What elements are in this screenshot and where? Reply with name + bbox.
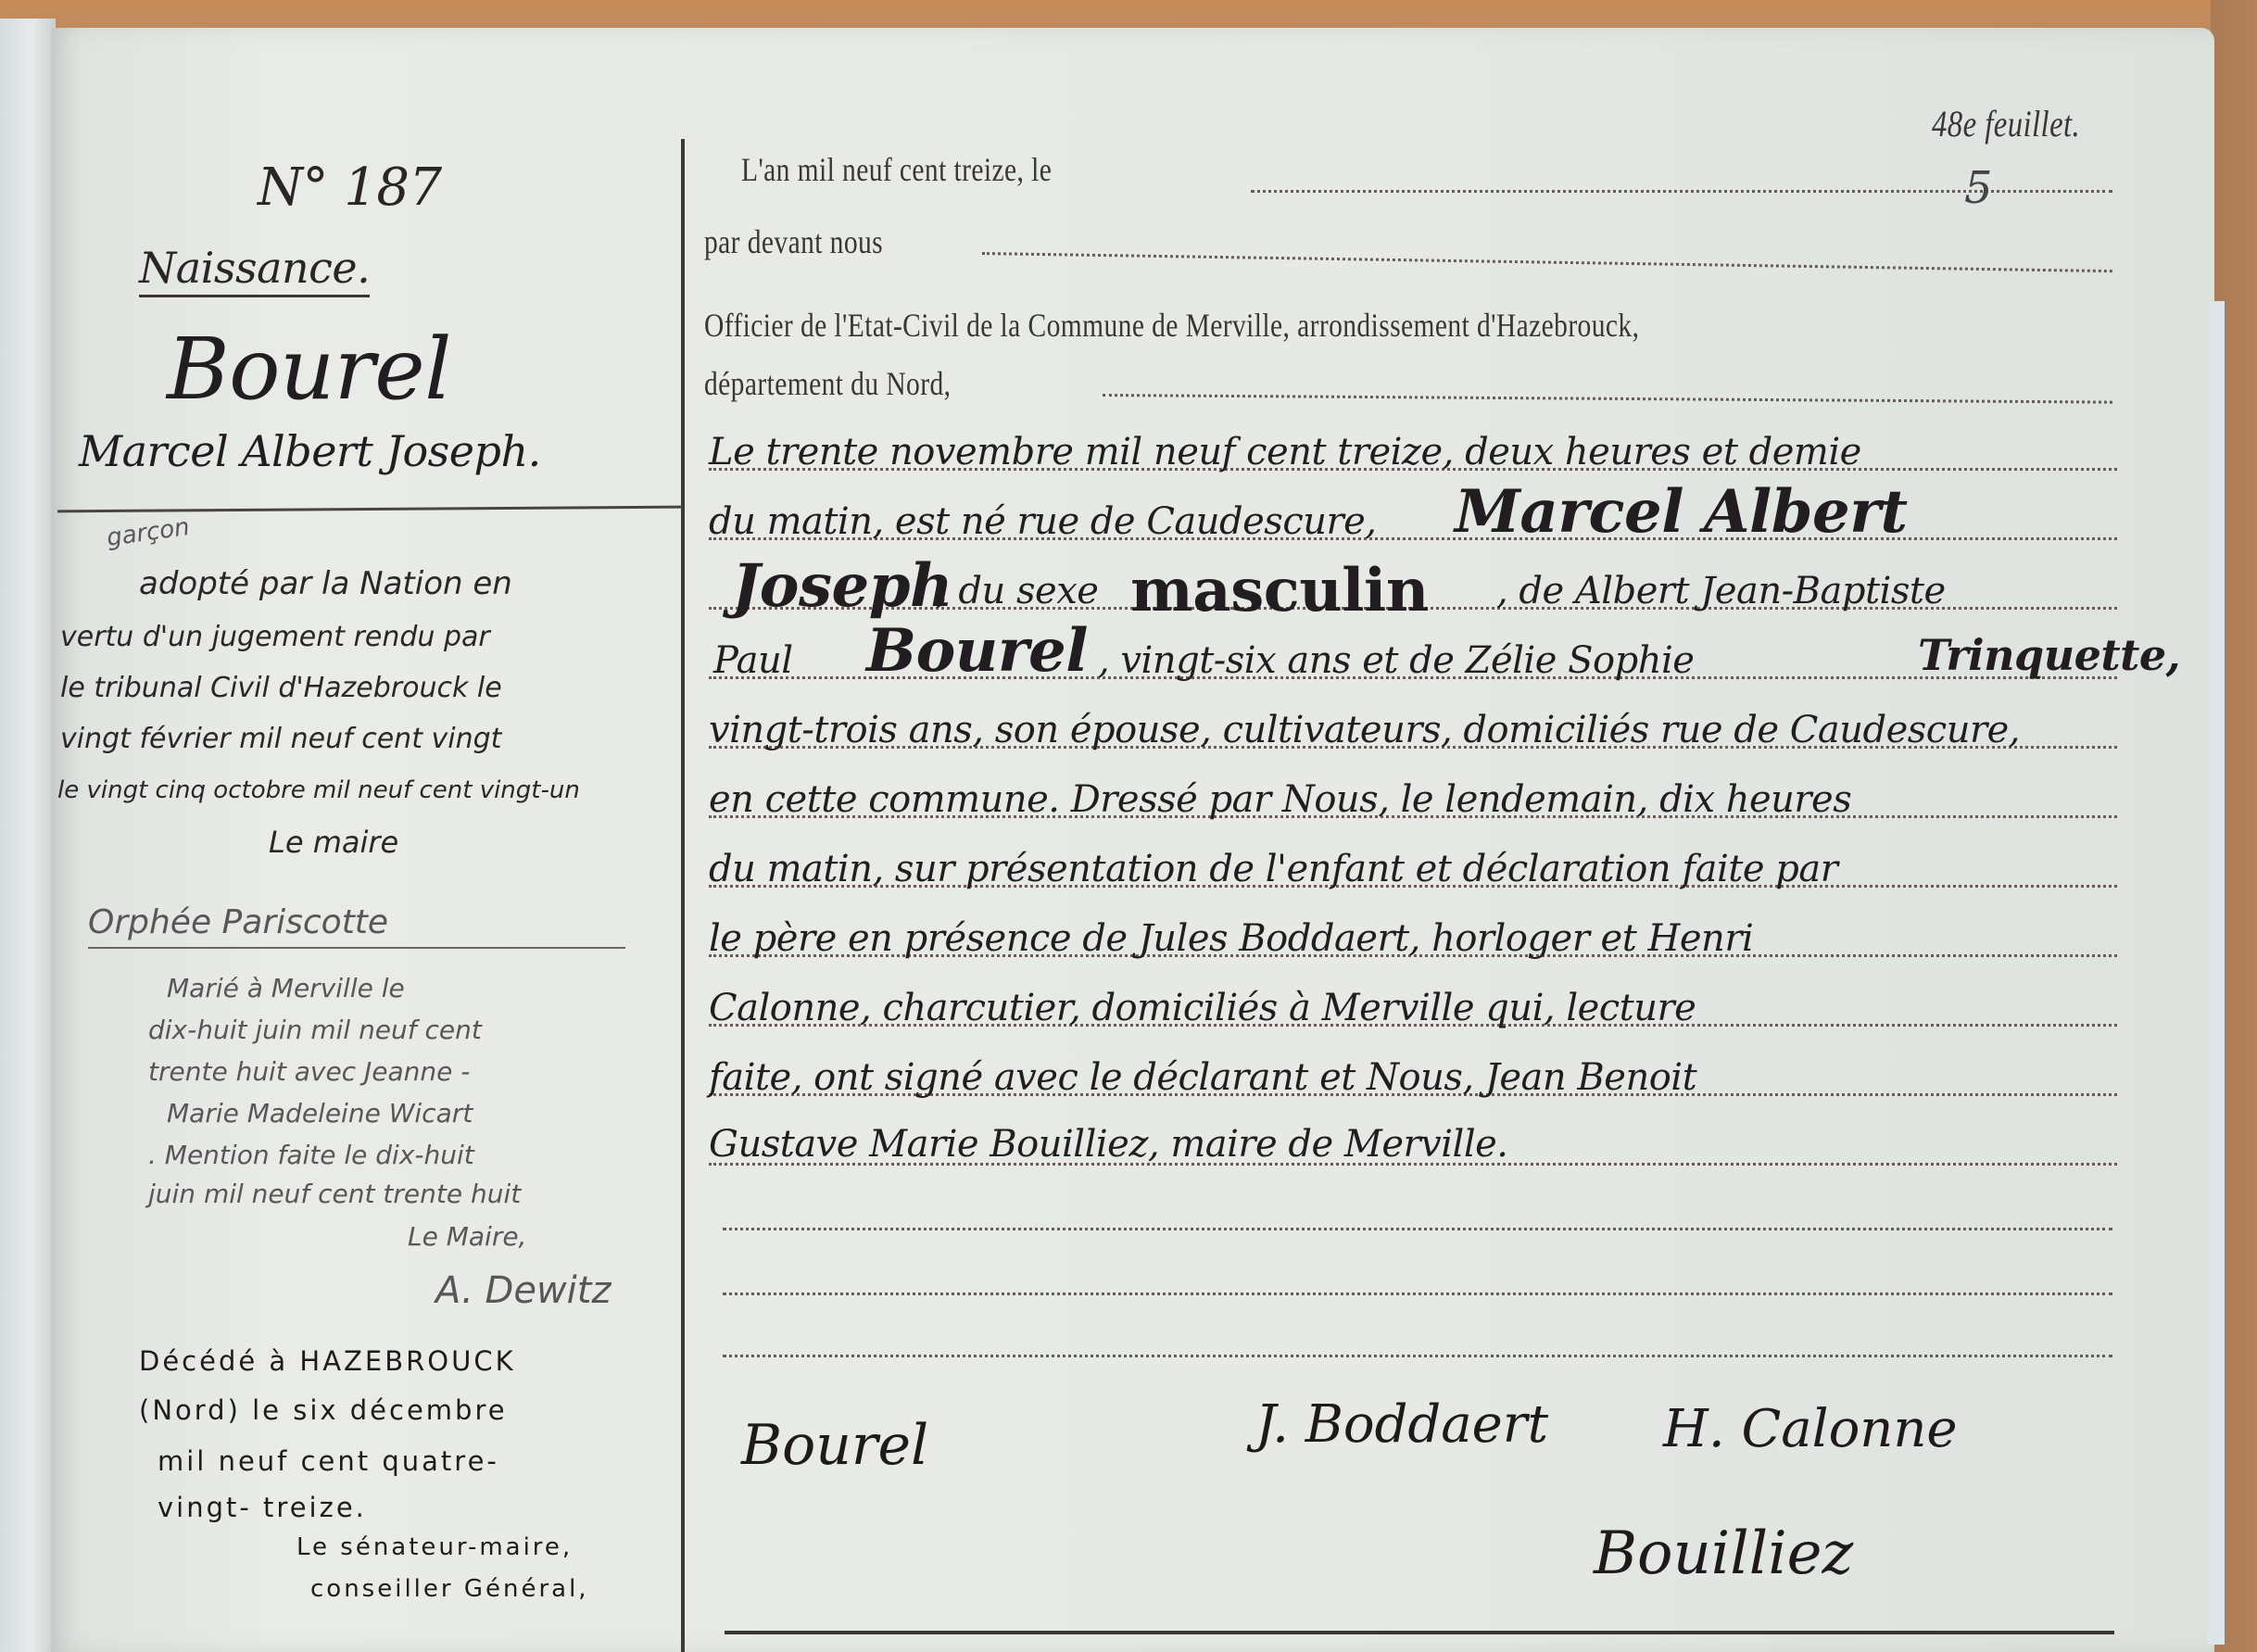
adoption-note-signoff: Le maire: [269, 825, 398, 860]
body-line: le père en présence de Jules Boddaert, h…: [709, 917, 1753, 960]
body-line: Gustave Marie Bouilliez, maire de Mervil…: [709, 1123, 1508, 1166]
body-line: en cette commune. Dressé par Nous, le le…: [709, 778, 1851, 821]
death-note-line: (Nord) le six décembre: [139, 1394, 508, 1426]
body-line: , du sexe: [936, 570, 1098, 612]
form-line-officer: Officier de l'Etat-Civil de la Commune d…: [704, 306, 1639, 345]
child-given-names-cont: Joseph: [732, 551, 952, 621]
ruled-line: [723, 1228, 2112, 1230]
signature-witness-calonne: H. Calonne: [1663, 1399, 1958, 1459]
previous-page-edge: [0, 19, 56, 1652]
signature-witness-boddaert: J. Boddaert: [1255, 1394, 1548, 1455]
body-line: vingt-trois ans, son épouse, cultivateur…: [709, 709, 2020, 751]
marriage-note-signature: A. Dewitz: [435, 1269, 611, 1312]
death-note-line: mil neuf cent quatre-: [158, 1445, 499, 1477]
marriage-note-line: trente huit avec Jeanne -: [148, 1056, 470, 1087]
margin-separator-2: [88, 947, 625, 949]
body-line: Le trente novembre mil neuf cent treize,…: [709, 431, 1861, 473]
death-note-line: Le sénateur-maire,: [296, 1533, 573, 1561]
body-line: Paul: [713, 639, 793, 682]
margin-divider: [681, 139, 685, 1652]
death-note-line: conseiller Général,: [310, 1575, 589, 1603]
adoption-note-line: le vingt cinq octobre mil neuf cent ving…: [57, 776, 580, 804]
body-line: du matin, sur présentation de l'enfant e…: [709, 848, 1837, 890]
father-surname: Bourel: [866, 616, 1088, 686]
form-line-year: L'an mil neuf cent treize, le: [741, 150, 1052, 189]
ruled-line: [723, 1293, 2112, 1295]
sheet-label: 48e feuillet.: [1932, 102, 2080, 145]
body-line: , de Albert Jean-Baptiste: [1496, 570, 1946, 612]
form-line-department: département du Nord,: [704, 364, 951, 403]
loose-sheet-edge: [2208, 301, 2225, 1645]
body-line: Calonne, charcutier, domiciliés à Mervil…: [709, 987, 1696, 1029]
marriage-note-line: Marie Madeleine Wicart: [167, 1098, 473, 1129]
child-sex: masculin: [1130, 556, 1429, 625]
adoption-note-title: adopté par la Nation en: [139, 565, 512, 602]
record-type: Naissance.: [139, 243, 370, 297]
adoption-note-signature: Orphée Pariscotte: [88, 903, 388, 941]
signature-mayor: Bouilliez: [1594, 1520, 1853, 1588]
marriage-note-signoff: Le Maire,: [408, 1221, 526, 1252]
adoption-note-line: vingt février mil neuf cent vingt: [60, 723, 501, 755]
surname-title: Bourel: [167, 320, 451, 419]
death-note-line: vingt- treize.: [158, 1492, 367, 1523]
body-line: du matin, est né rue de Caudescure,: [709, 500, 1377, 543]
signature-declarant: Bourel: [741, 1413, 928, 1478]
mother-surname: Trinquette,: [1918, 630, 2180, 680]
child-given-names: Marcel Albert: [1455, 477, 1908, 547]
body-line: , vingt-six ans et de Zélie Sophie: [1098, 639, 1694, 682]
bottom-rule: [725, 1631, 2114, 1634]
adoption-note-line: le tribunal Civil d'Hazebrouck le: [60, 672, 502, 704]
marriage-note-line: Marié à Merville le: [167, 973, 405, 1003]
death-note-line: Décédé à HAZEBROUCK: [139, 1345, 516, 1377]
date-marker: 5: [1964, 162, 1992, 214]
marriage-note-line: dix-huit juin mil neuf cent: [148, 1015, 482, 1045]
marriage-note-line: juin mil neuf cent trente huit: [148, 1179, 521, 1209]
adoption-note-line: vertu d'un jugement rendu par: [60, 621, 490, 653]
body-line: faite, ont signé avec le déclarant et No…: [709, 1056, 1696, 1099]
given-names-title: Marcel Albert Joseph.: [79, 426, 541, 476]
ruled-line: [723, 1355, 2112, 1357]
form-line-before-us: par devant nous: [704, 222, 883, 261]
marriage-note-line: . Mention faite le dix-huit: [148, 1140, 474, 1170]
record-number: N° 187: [258, 158, 442, 218]
